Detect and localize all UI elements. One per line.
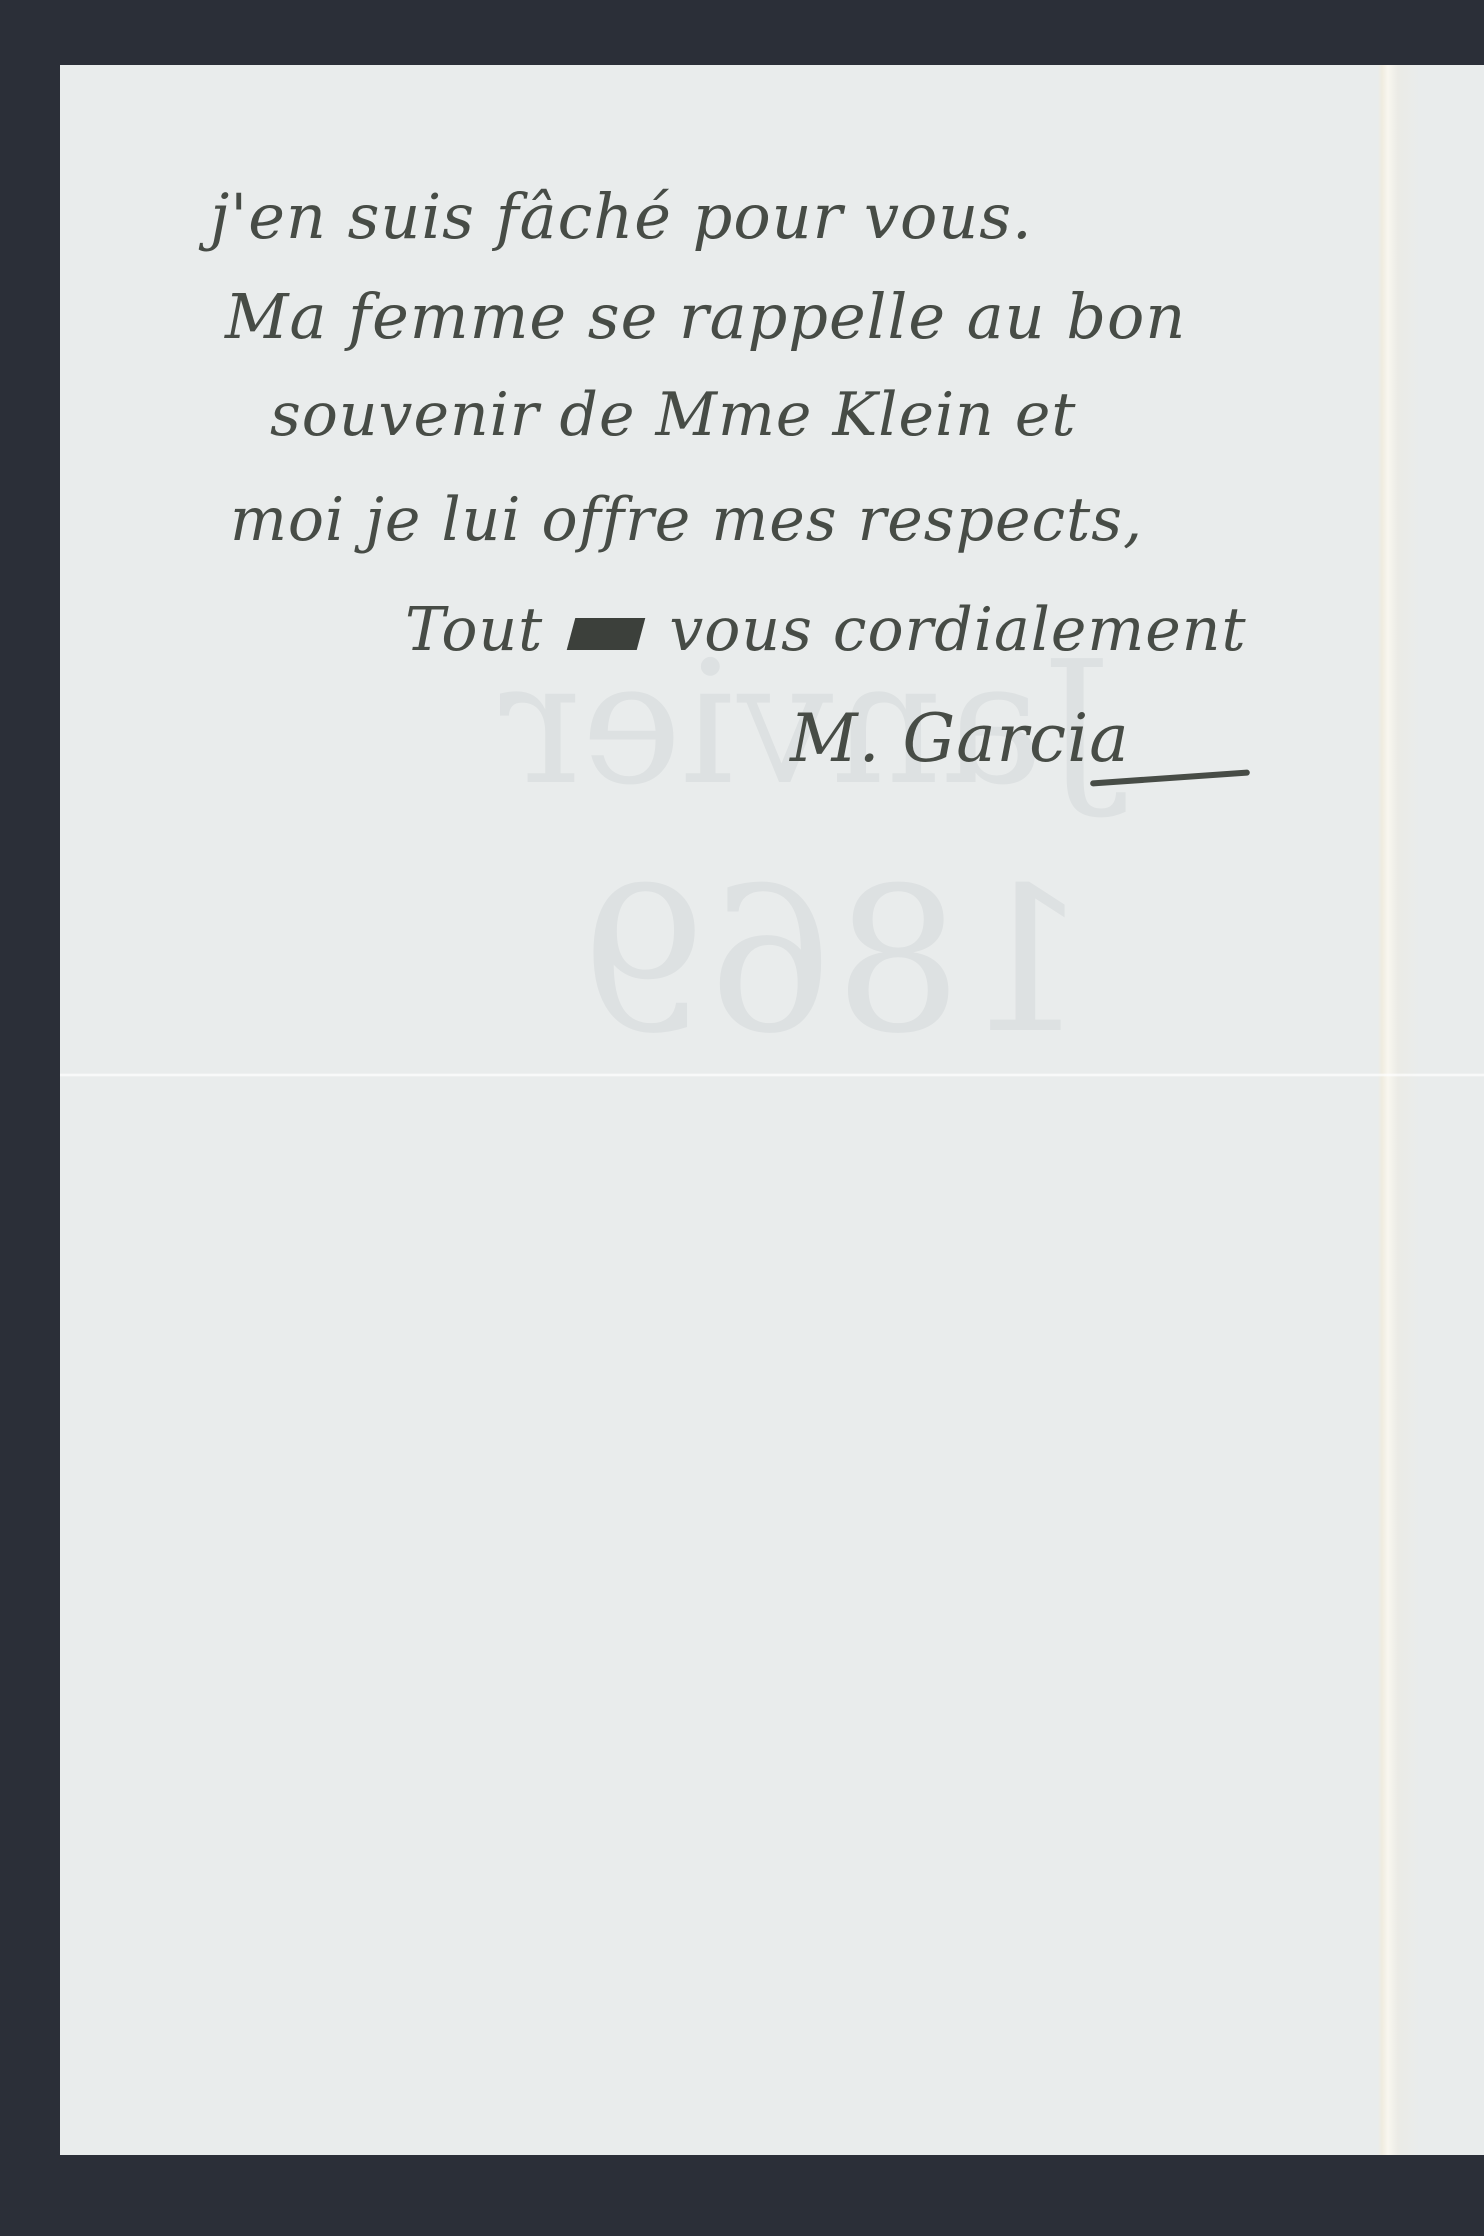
letter-line-1: j'en suis fâché pour vous.	[210, 180, 1033, 253]
letter-line-2: Ma femme se rappelle au bon	[225, 280, 1186, 353]
show-through-text: 1869	[580, 845, 1089, 1078]
letter-line-4: moi je lui offre mes respects,	[230, 485, 1143, 555]
closing-start: Tout	[405, 595, 543, 665]
letter-line-3: souvenir de Mme Klein et	[270, 380, 1077, 450]
ink-strikeout	[567, 618, 646, 650]
closing-end: vous cordialement	[669, 595, 1246, 665]
horizontal-fold	[60, 1073, 1484, 1077]
signature: M. Garcia	[790, 700, 1130, 777]
letter-page: Janvier 1869 j'en suis fâché pour vous. …	[60, 65, 1484, 2155]
closing-line: Tout vous cordialement	[405, 595, 1247, 665]
